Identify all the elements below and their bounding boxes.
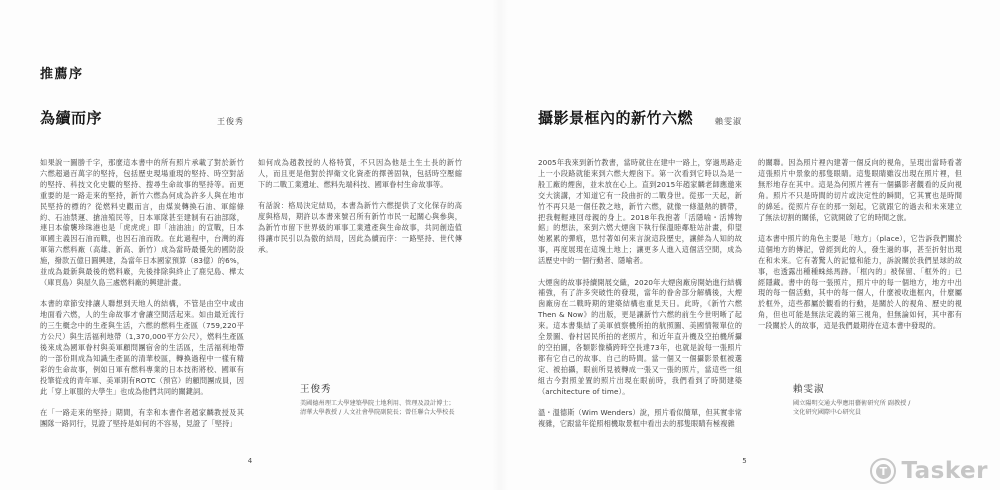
right-signature-name: 賴雯淑 (793, 381, 968, 395)
watermark-brand-text: Tasker (901, 458, 988, 484)
section-title: 推薦序 (40, 63, 84, 82)
right-signature-title: 文化研究國際中心研究員 (793, 408, 968, 417)
left-signature-title: 美國德州理工大學建築學院土地利用、管理及設計博士； (300, 399, 475, 408)
right-signature-title: 國立陽明交通大學應用藝術研究所 副教授 / (793, 399, 968, 408)
right-signature-block: 賴雯淑 國立陽明交通大學應用藝術研究所 副教授 / 文化研究國際中心研究員 (793, 381, 968, 418)
tasker-logo-icon: T (870, 458, 896, 484)
right-essay-title: 攝影景框內的新竹六燃 (538, 107, 693, 128)
paragraph: 大煙囪的故事持續開展交織，2020年大煙囪廠房開始進行結構補強，有了許多突破性的… (538, 278, 742, 398)
paragraph: 溫・溫德斯（Wim Wenders）說，照片看似簡單，但其實非常複雜，它跟當年從… (538, 408, 742, 430)
page-gutter-shadow (492, 0, 508, 490)
right-essay-author: 賴雯淑 (715, 116, 742, 128)
paragraph: 如何成為趙教授的人格特質，不只因為他是土生土長的新竹人，而且更是他對於捍衛文化資… (258, 158, 462, 191)
left-page-number: 4 (0, 457, 500, 465)
left-signature-name: 王俊秀 (300, 381, 475, 395)
left-column-1: 如果說一圖勝千字，那麼這本書中的所有照片承載了對於新竹六燃超過百萬字的堅持，包括… (40, 158, 244, 440)
left-essay-header: 為續而序 王俊秀 (40, 107, 244, 128)
paragraph: 有話說：格局決定結局，本書為新竹六燃提供了文化保存的高度與格局，期許以本書來號召… (258, 201, 462, 256)
paragraph: 本書的章節安排讓人聯想到天地人的結構，不管是由空中或由地面看六燃，人的生命故事才… (40, 299, 244, 397)
paragraph: 2005年我來到新竹教書，當時就住在建中一路上，穿過馬路走上一小段路就能來到六燃… (538, 158, 742, 267)
paragraph: 如果說一圖勝千字，那麼這本書中的所有照片承載了對於新竹六燃超過百萬字的堅持，包括… (40, 158, 244, 289)
left-signature-title: 清華大學教授 / 人文社會學院副院長；曾任聯合大學校長 (300, 408, 475, 417)
left-column-2: 如何成為趙教授的人格特質，不只因為他是土生土長的新竹人，而且更是他對於捍衛文化資… (258, 158, 462, 266)
right-column-2: 的關聯。因為照片裡內建著一個反向的視角，呈現出當時看著這張照片中景象的那隻眼睛。… (758, 158, 962, 343)
tasker-watermark: T Tasker (870, 458, 988, 484)
left-essay-author: 王俊秀 (217, 116, 244, 128)
left-essay-title: 為續而序 (40, 107, 102, 128)
left-signature-block: 王俊秀 美國德州理工大學建築學院土地利用、管理及設計博士； 清華大學教授 / 人… (300, 381, 475, 418)
book-spread: 推薦序 為續而序 王俊秀 如果說一圖勝千字，那麼這本書中的所有照片承載了對於新竹… (0, 0, 1000, 490)
paragraph: 的關聯。因為照片裡內建著一個反向的視角，呈現出當時看著這張照片中景象的那隻眼睛。… (758, 158, 962, 223)
right-column-1: 2005年我來到新竹教書，當時就住在建中一路上，穿過馬路走上一小段路就能來到六燃… (538, 158, 742, 440)
right-essay-header: 攝影景框內的新竹六燃 賴雯淑 (538, 107, 742, 128)
paragraph: 在「一路走來的堅持」期間，有幸和本書作者趙家麟教授及其團隊一路同行，見證了堅持是… (40, 408, 244, 430)
paragraph: 這本書中照片的角色主要是「地方」（place），它告訴我們關於這個地方的傳記，曾… (758, 234, 962, 332)
